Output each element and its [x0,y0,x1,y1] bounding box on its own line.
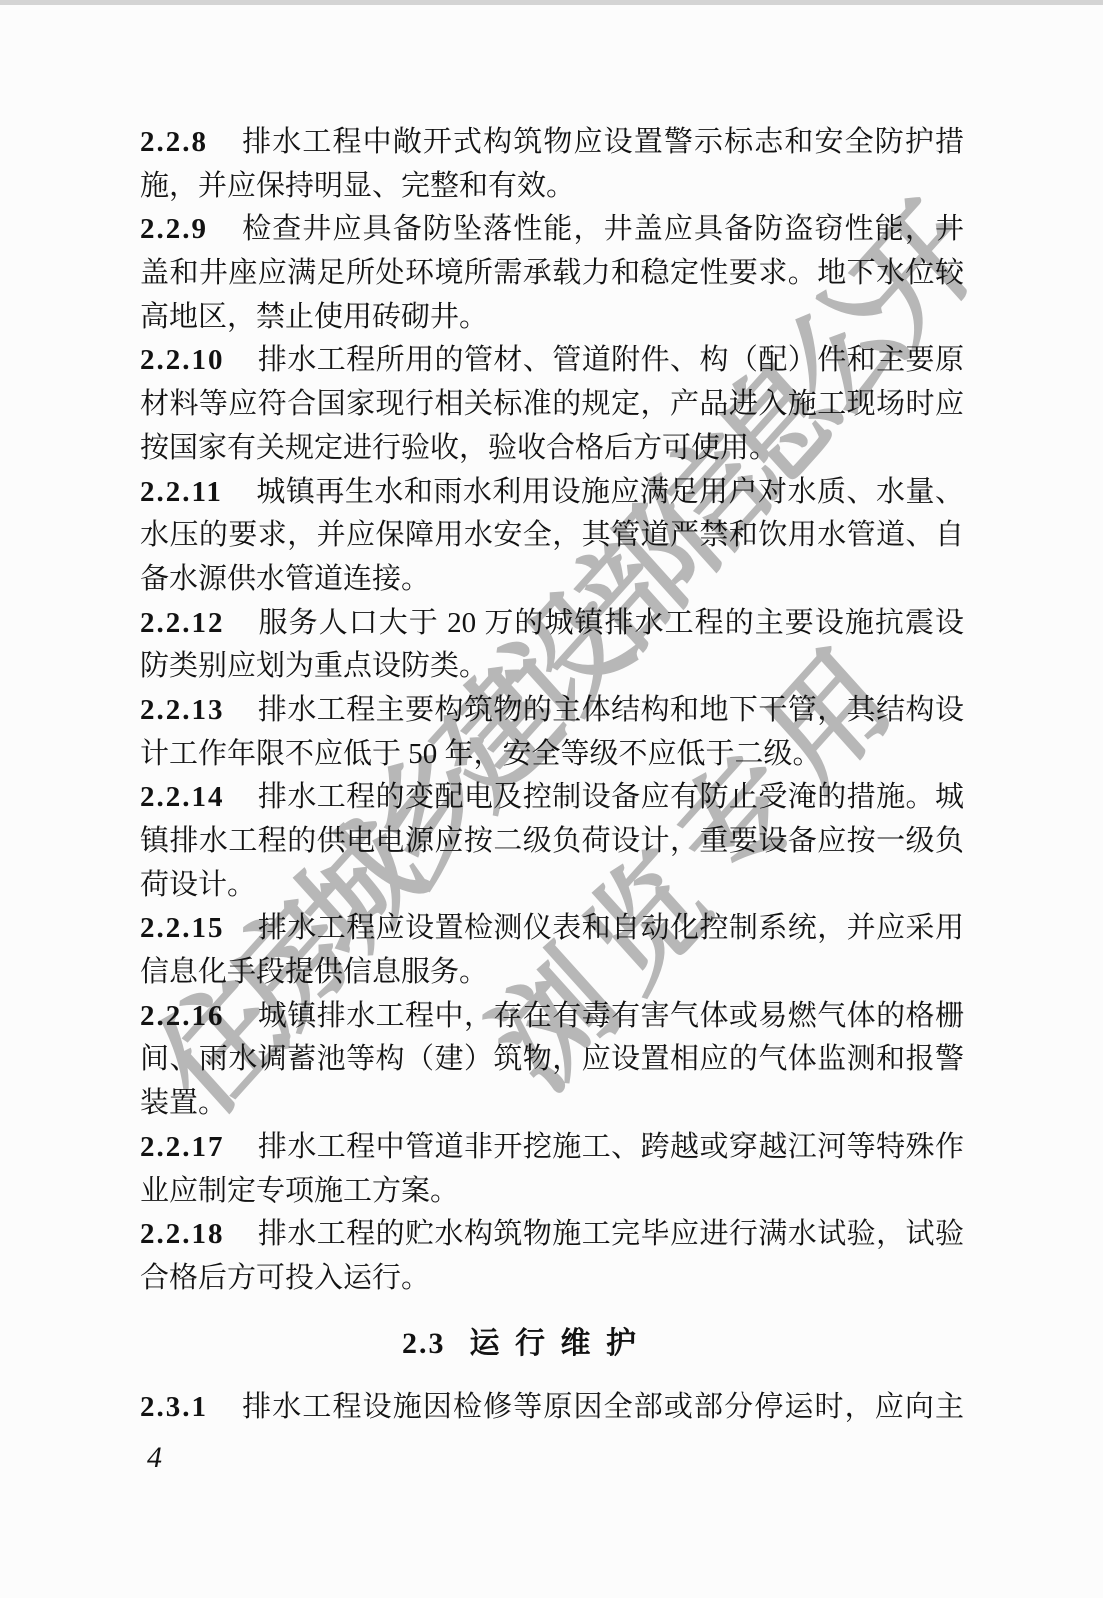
clause-number: 2.2.10 [140,344,225,376]
clause-line: 合格后方可投入运行。 [140,1257,964,1301]
clause-line: 业应制定专项施工方案。 [140,1170,964,1214]
clause-body: 2.2.8排水工程中敞开式构筑物应设置警示标志和安全防护措 施，并应保持明显、完… [140,121,964,1301]
section-heading-title: 运 行 维 护 [470,1327,641,1360]
clause-line: 2.2.11城镇再生水和雨水利用设施应满足用户对水质、水量、 [140,471,964,515]
clause-line: 施，并应保持明显、完整和有效。 [140,165,964,209]
clause-text: 荷设计。 [140,869,256,901]
section-heading-number: 2.3 [402,1327,446,1360]
clause-text: 盖和井座应满足所处环境所需承载力和稳定性要求。地下水位较 [140,257,964,289]
clause-text: 水压的要求，并应保障用水安全，其管道严禁和饮用水管道、自 [140,519,964,551]
clause-text: 检查井应具备防坠落性能，井盖应具备防盗窃性能，井 [241,213,964,245]
clause-line: 间、雨水调蓄池等构（建）筑物，应设置相应的气体监测和报警 [140,1038,964,1082]
clause-text: 材料等应符合国家现行相关标准的规定，产品进入施工现场时应 [140,388,964,420]
clause-line: 高地区，禁止使用砖砌井。 [140,296,964,340]
clause-line: 2.2.15排水工程应设置检测仪表和自动化控制系统，并应采用 [140,907,964,951]
clause-text: 排水工程主要构筑物的主体结构和地下干管，其结构设 [258,694,965,726]
clause-number: 2.2.14 [140,781,225,813]
clause-line: 装置。 [140,1082,964,1126]
clause-number: 2.3.1 [140,1391,208,1423]
clause-line: 2.2.16城镇排水工程中，存在有毒有害气体或易燃气体的格栅 [140,995,964,1039]
clause-text: 排水工程设施因检修等原因全部或部分停运时，应向主 [241,1391,964,1423]
clause-line: 2.2.12服务人口大于 20 万的城镇排水工程的主要设施抗震设 [140,602,964,646]
clause-line: 2.2.8排水工程中敞开式构筑物应设置警示标志和安全防护措 [140,121,964,165]
clause-text: 排水工程应设置检测仪表和自动化控制系统，并应采用 [258,912,965,944]
clause-number: 2.2.9 [140,213,208,245]
clause-text: 装置。 [140,1087,227,1119]
clause-line: 2.3.1排水工程设施因检修等原因全部或部分停运时，应向主 [140,1386,964,1430]
clause-text: 城镇再生水和雨水利用设施应满足用户对水质、水量、 [256,476,964,508]
clause-text: 计工作年限不应低于 50 年，安全等级不应低于二级。 [140,738,822,770]
clause-line: 2.2.14排水工程的变配电及控制设备应有防止受淹的措施。城 [140,776,964,820]
clause-text: 按国家有关规定进行验收，验收合格后方可使用。 [140,432,778,464]
clause-text: 镇排水工程的供电电源应按二级负荷设计，重要设备应按一级负 [140,825,964,857]
clause-line: 盖和井座应满足所处环境所需承载力和稳定性要求。地下水位较 [140,252,964,296]
clause-number: 2.2.8 [140,126,208,158]
clause-line: 荷设计。 [140,864,964,908]
clause-number: 2.2.13 [140,694,225,726]
page-number: 4 [147,1441,162,1475]
clause-number: 2.2.15 [140,912,225,944]
clause-line: 镇排水工程的供电电源应按二级负荷设计，重要设备应按一级负 [140,820,964,864]
clause-line: 按国家有关规定进行验收，验收合格后方可使用。 [140,427,964,471]
clause-text: 施，并应保持明显、完整和有效。 [140,170,575,202]
clause-text: 业应制定专项施工方案。 [140,1175,459,1207]
clause-text: 防类别应划为重点设防类。 [140,650,488,682]
clause-line: 防类别应划为重点设防类。 [140,645,964,689]
document-page: 住房城乡建设部信息公开 浏览专用 2.2.8排水工程中敞开式构筑物应设置警示标志… [0,0,1103,1598]
clause-text: 备水源供水管道连接。 [140,563,430,595]
clause-text: 合格后方可投入运行。 [140,1262,430,1294]
clause-line: 计工作年限不应低于 50 年，安全等级不应低于二级。 [140,733,964,777]
clause-line: 备水源供水管道连接。 [140,558,964,602]
clause-text: 城镇排水工程中，存在有毒有害气体或易燃气体的格栅 [258,1000,965,1032]
clause-text: 间、雨水调蓄池等构（建）筑物，应设置相应的气体监测和报警 [140,1043,964,1075]
clause-line: 水压的要求，并应保障用水安全，其管道严禁和饮用水管道、自 [140,514,964,558]
clause-line: 2.2.17排水工程中管道非开挖施工、跨越或穿越江河等特殊作 [140,1126,964,1170]
clause-line: 信息化手段提供信息服务。 [140,951,964,995]
clause-text: 排水工程中管道非开挖施工、跨越或穿越江河等特殊作 [258,1131,965,1163]
clause-line: 2.2.13排水工程主要构筑物的主体结构和地下干管，其结构设 [140,689,964,733]
clause-line: 材料等应符合国家现行相关标准的规定，产品进入施工现场时应 [140,383,964,427]
clause-body-continued: 2.3.1排水工程设施因检修等原因全部或部分停运时，应向主 [140,1386,964,1430]
clause-number: 2.2.17 [140,1131,225,1163]
clause-number: 2.2.18 [140,1218,225,1250]
clause-text: 信息化手段提供信息服务。 [140,956,488,988]
clause-text: 服务人口大于 20 万的城镇排水工程的主要设施抗震设 [258,607,965,639]
clause-text: 排水工程的贮水构筑物施工完毕应进行满水试验，试验 [258,1218,965,1250]
clause-text: 排水工程的变配电及控制设备应有防止受淹的措施。城 [258,781,965,813]
clause-text: 高地区，禁止使用砖砌井。 [140,301,488,333]
clause-number: 2.2.11 [140,476,223,508]
clause-line: 2.2.10排水工程所用的管材、管道附件、构（配）件和主要原 [140,339,964,383]
clause-number: 2.2.16 [140,1000,225,1032]
clause-text: 排水工程中敞开式构筑物应设置警示标志和安全防护措 [241,126,964,158]
clause-line: 2.2.18排水工程的贮水构筑物施工完毕应进行满水试验，试验 [140,1213,964,1257]
clause-line: 2.2.9检查井应具备防坠落性能，井盖应具备防盗窃性能，井 [140,208,964,252]
clause-text: 排水工程所用的管材、管道附件、构（配）件和主要原 [258,344,965,376]
section-heading: 2.3运 行 维 护 [140,1322,902,1366]
text-layer: 2.2.8排水工程中敞开式构筑物应设置警示标志和安全防护措 施，并应保持明显、完… [0,0,1103,1598]
clause-number: 2.2.12 [140,607,225,639]
